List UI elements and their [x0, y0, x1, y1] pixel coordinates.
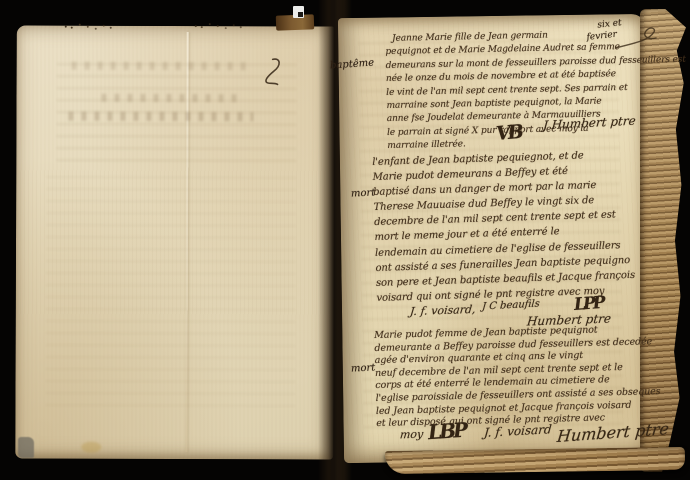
margin-note-mort-1: mort [351, 187, 376, 199]
handwriting-layer: six et fevrier baptême Jeanne Marie fill… [0, 0, 690, 480]
margin-note-bapteme: baptême [330, 57, 375, 71]
signature-beaufils: J C beaufils [482, 298, 541, 312]
signature-voisard: J. f. voisard [483, 422, 552, 440]
burial-record-2: Marie pudot femme de Jean baptiste pequi… [374, 323, 661, 431]
baptism-record: Jeanne Marie fille de Jean germain pequi… [385, 27, 688, 154]
paraph-monogram: VB [495, 121, 522, 145]
signature-voisard: J. f. voisard, [409, 303, 476, 318]
paraph-monogram: LBP [427, 418, 466, 445]
burial-record-1: l'enfant de Jean baptiste pequiegnot, et… [372, 147, 636, 306]
signature-moy: moy [399, 428, 424, 442]
manuscript-scan: six et fevrier baptême Jeanne Marie fill… [0, 0, 690, 480]
margin-note-mort-2: mort [351, 362, 376, 374]
